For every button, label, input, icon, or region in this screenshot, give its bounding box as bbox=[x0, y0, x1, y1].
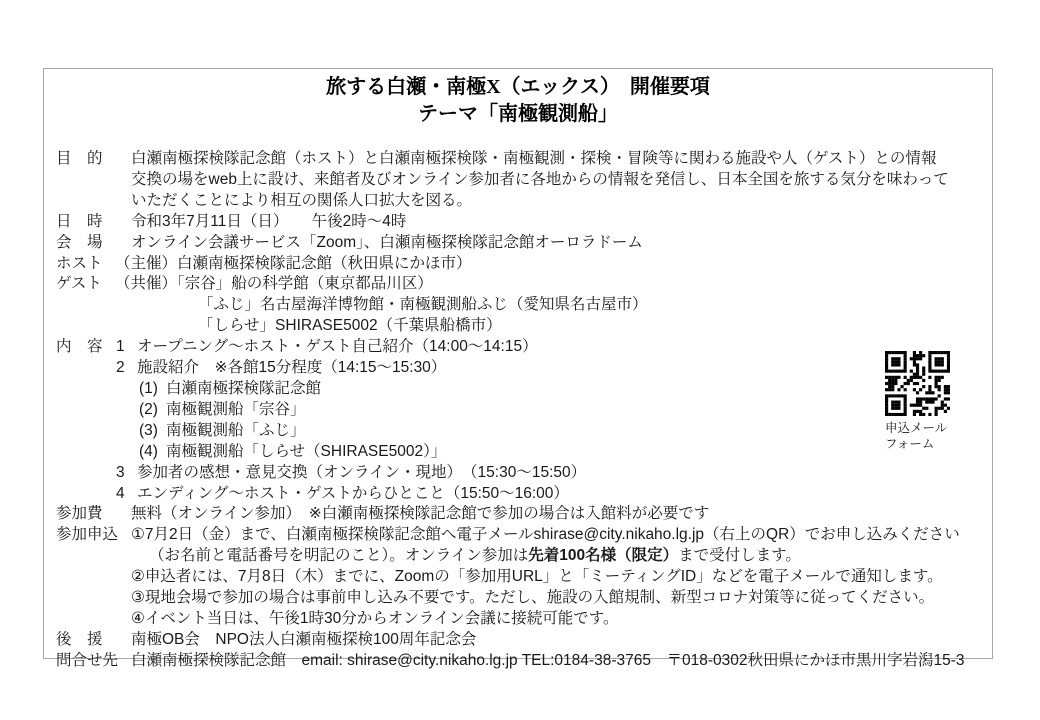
application-label: 参加申込 bbox=[56, 525, 131, 630]
fee-value: 無料（オンライン参加） ※白瀬南極探検隊記念館で参加の場合は入館料が必要です bbox=[131, 504, 984, 525]
qr-caption-line: フォーム bbox=[885, 436, 955, 452]
program-subitem-text: 南極観測船「しらせ（SHIRASE5002）」 bbox=[166, 442, 446, 463]
program-item-text: 参加者の感想・意見交換（オンライン・現地） （15:30～15:50） bbox=[137, 463, 586, 484]
purpose-line: 交換の場をweb上に設け、来館者及びオンライン参加者に各地からの情報を発信し、日… bbox=[131, 170, 984, 191]
qr-code bbox=[885, 351, 950, 416]
section-purpose: 目 的 白瀬南極探検隊記念館（ホスト）と白瀬南極探検隊・南極観測・探検・冒険等に… bbox=[56, 149, 984, 212]
program-subitem-text: 南極観測船「ふじ」 bbox=[166, 421, 306, 442]
contact-value: 白瀬南極探検隊記念館 email: shirase@city.nikaho.lg… bbox=[131, 651, 984, 672]
contact-label: 問合せ先 bbox=[56, 651, 131, 672]
program-subitem: (3) 南極観測船「ふじ」 bbox=[113, 421, 984, 442]
venue-label: 会 場 bbox=[56, 233, 131, 254]
datetime-label: 日 時 bbox=[56, 212, 131, 233]
program-subitem-number: (3) bbox=[139, 421, 166, 442]
guest-line: （共催）「宗谷」船の科学館（東京都品川区） bbox=[115, 274, 984, 295]
title-block: 旅する白瀬・南極X（エックス） 開催要項 テーマ「南極観測船」 bbox=[44, 74, 992, 128]
section-contents: 内 容 1 オープニング～ホスト・ゲスト自己紹介（14:00～14:15） 2 … bbox=[56, 337, 984, 504]
program-item-text: エンディング～ホスト・ゲストからひとこと（15:50～16:00） bbox=[137, 484, 569, 505]
application-text: （お名前と電話番号を明記のこと）。オンライン参加は bbox=[149, 547, 528, 564]
application-step-1-continued: （お名前と電話番号を明記のこと）。オンライン参加は先着100名様（限定）まで受付… bbox=[131, 546, 984, 567]
program-item-text: 施設紹介 ※各館15分程度（14:15～15:30） bbox=[137, 358, 446, 379]
application-step-3: ③現地会場で参加の場合は事前申し込み不要です。ただし、施設の入館規制、新型コロナ… bbox=[131, 588, 984, 609]
section-guest: ゲスト （共催）「宗谷」船の科学館（東京都品川区） 「ふじ」名古屋海洋博物館・南… bbox=[56, 274, 984, 337]
section-application: 参加申込 ①7月2日（金）まで、白瀬南極探検隊記念館へ電子メールshirase@… bbox=[56, 525, 984, 630]
program-subitem-number: (2) bbox=[139, 400, 166, 421]
datetime-value: 令和3年7月11日（日） 午後2時～4時 bbox=[131, 212, 984, 233]
program-item-number: 2 bbox=[113, 358, 137, 379]
document-subtitle: テーマ「南極観測船」 bbox=[44, 101, 992, 128]
section-support: 後 援 南極OB会 NPO法人白瀬南極探検100周年記念会 bbox=[56, 630, 984, 651]
program-subitem: (1) 白瀬南極探検隊記念館 bbox=[113, 379, 984, 400]
document-body: 目 的 白瀬南極探検隊記念館（ホスト）と白瀬南極探検隊・南極観測・探検・冒険等に… bbox=[56, 149, 984, 672]
program-item: 3 参加者の感想・意見交換（オンライン・現地） （15:30～15:50） bbox=[113, 463, 984, 484]
host-value: （主催）白瀬南極探検隊記念館（秋田県にかほ市） bbox=[115, 254, 984, 275]
document-frame: 旅する白瀬・南極X（エックス） 開催要項 テーマ「南極観測船」 目 的 白瀬南極… bbox=[43, 68, 993, 659]
qr-caption-line: 申込メール bbox=[885, 420, 955, 436]
application-step-4: ④イベント当日は、午後1時30分からオンライン会議に接続可能です。 bbox=[131, 609, 984, 630]
guest-line: 「しらせ」SHIRASE5002（千葉県船橋市） bbox=[131, 316, 984, 337]
purpose-line: 白瀬南極探検隊記念館（ホスト）と白瀬南極探検隊・南極観測・探検・冒険等に関わる施… bbox=[131, 149, 984, 170]
document-page: 旅する白瀬・南極X（エックス） 開催要項 テーマ「南極観測船」 目 的 白瀬南極… bbox=[0, 0, 1040, 720]
section-venue: 会 場 オンライン会議サービス「Zoom」、白瀬南極探検隊記念館オーロラドーム bbox=[56, 233, 984, 254]
qr-caption: 申込メール フォーム bbox=[885, 420, 955, 452]
program-item: 4 エンディング～ホスト・ゲストからひとこと（15:50～16:00） bbox=[113, 484, 984, 505]
fee-label: 参加費 bbox=[56, 504, 131, 525]
purpose-label: 目 的 bbox=[56, 149, 131, 212]
application-step-2: ②申込者には、7月8日（木）までに、Zoomの「参加用URL」と「ミーティングI… bbox=[131, 567, 984, 588]
program-subitem-number: (4) bbox=[139, 442, 166, 463]
program-item-text: オープニング～ホスト・ゲスト自己紹介（14:00～14:15） bbox=[137, 337, 538, 358]
program-subitem-text: 南極観測船「宗谷」 bbox=[166, 400, 306, 421]
support-label: 後 援 bbox=[56, 630, 131, 651]
application-step-1: ①7月2日（金）まで、白瀬南極探検隊記念館へ電子メールshirase@city.… bbox=[131, 525, 984, 546]
program-subitem-text: 白瀬南極探検隊記念館 bbox=[166, 379, 321, 400]
application-capacity-bold: 先着100名様（限定） bbox=[528, 547, 678, 564]
document-title: 旅する白瀬・南極X（エックス） 開催要項 bbox=[44, 74, 992, 101]
section-contact: 問合せ先 白瀬南極探検隊記念館 email: shirase@city.nika… bbox=[56, 651, 984, 672]
program-item: 1 オープニング～ホスト・ゲスト自己紹介（14:00～14:15） bbox=[113, 337, 984, 358]
section-host: ホスト （主催）白瀬南極探検隊記念館（秋田県にかほ市） bbox=[56, 254, 984, 275]
program-item-number: 1 bbox=[113, 337, 137, 358]
program-item-number: 3 bbox=[113, 463, 137, 484]
program-subitem: (4) 南極観測船「しらせ（SHIRASE5002）」 bbox=[113, 442, 984, 463]
venue-value: オンライン会議サービス「Zoom」、白瀬南極探検隊記念館オーロラドーム bbox=[131, 233, 984, 254]
purpose-line: いただくことにより相互の関係人口拡大を図る。 bbox=[131, 191, 984, 212]
section-fee: 参加費 無料（オンライン参加） ※白瀬南極探検隊記念館で参加の場合は入館料が必要… bbox=[56, 504, 984, 525]
application-text: まで受付します。 bbox=[678, 547, 801, 564]
guest-line: 「ふじ」名古屋海洋博物館・南極観測船ふじ（愛知県名古屋市） bbox=[131, 295, 984, 316]
support-value: 南極OB会 NPO法人白瀬南極探検100周年記念会 bbox=[131, 630, 984, 651]
program-item: 2 施設紹介 ※各館15分程度（14:15～15:30） bbox=[113, 358, 984, 379]
program-item-number: 4 bbox=[113, 484, 137, 505]
program-subitem-number: (1) bbox=[139, 379, 166, 400]
qr-block: 申込メール フォーム bbox=[885, 351, 955, 452]
program-subitem: (2) 南極観測船「宗谷」 bbox=[113, 400, 984, 421]
section-datetime: 日 時 令和3年7月11日（日） 午後2時～4時 bbox=[56, 212, 984, 233]
